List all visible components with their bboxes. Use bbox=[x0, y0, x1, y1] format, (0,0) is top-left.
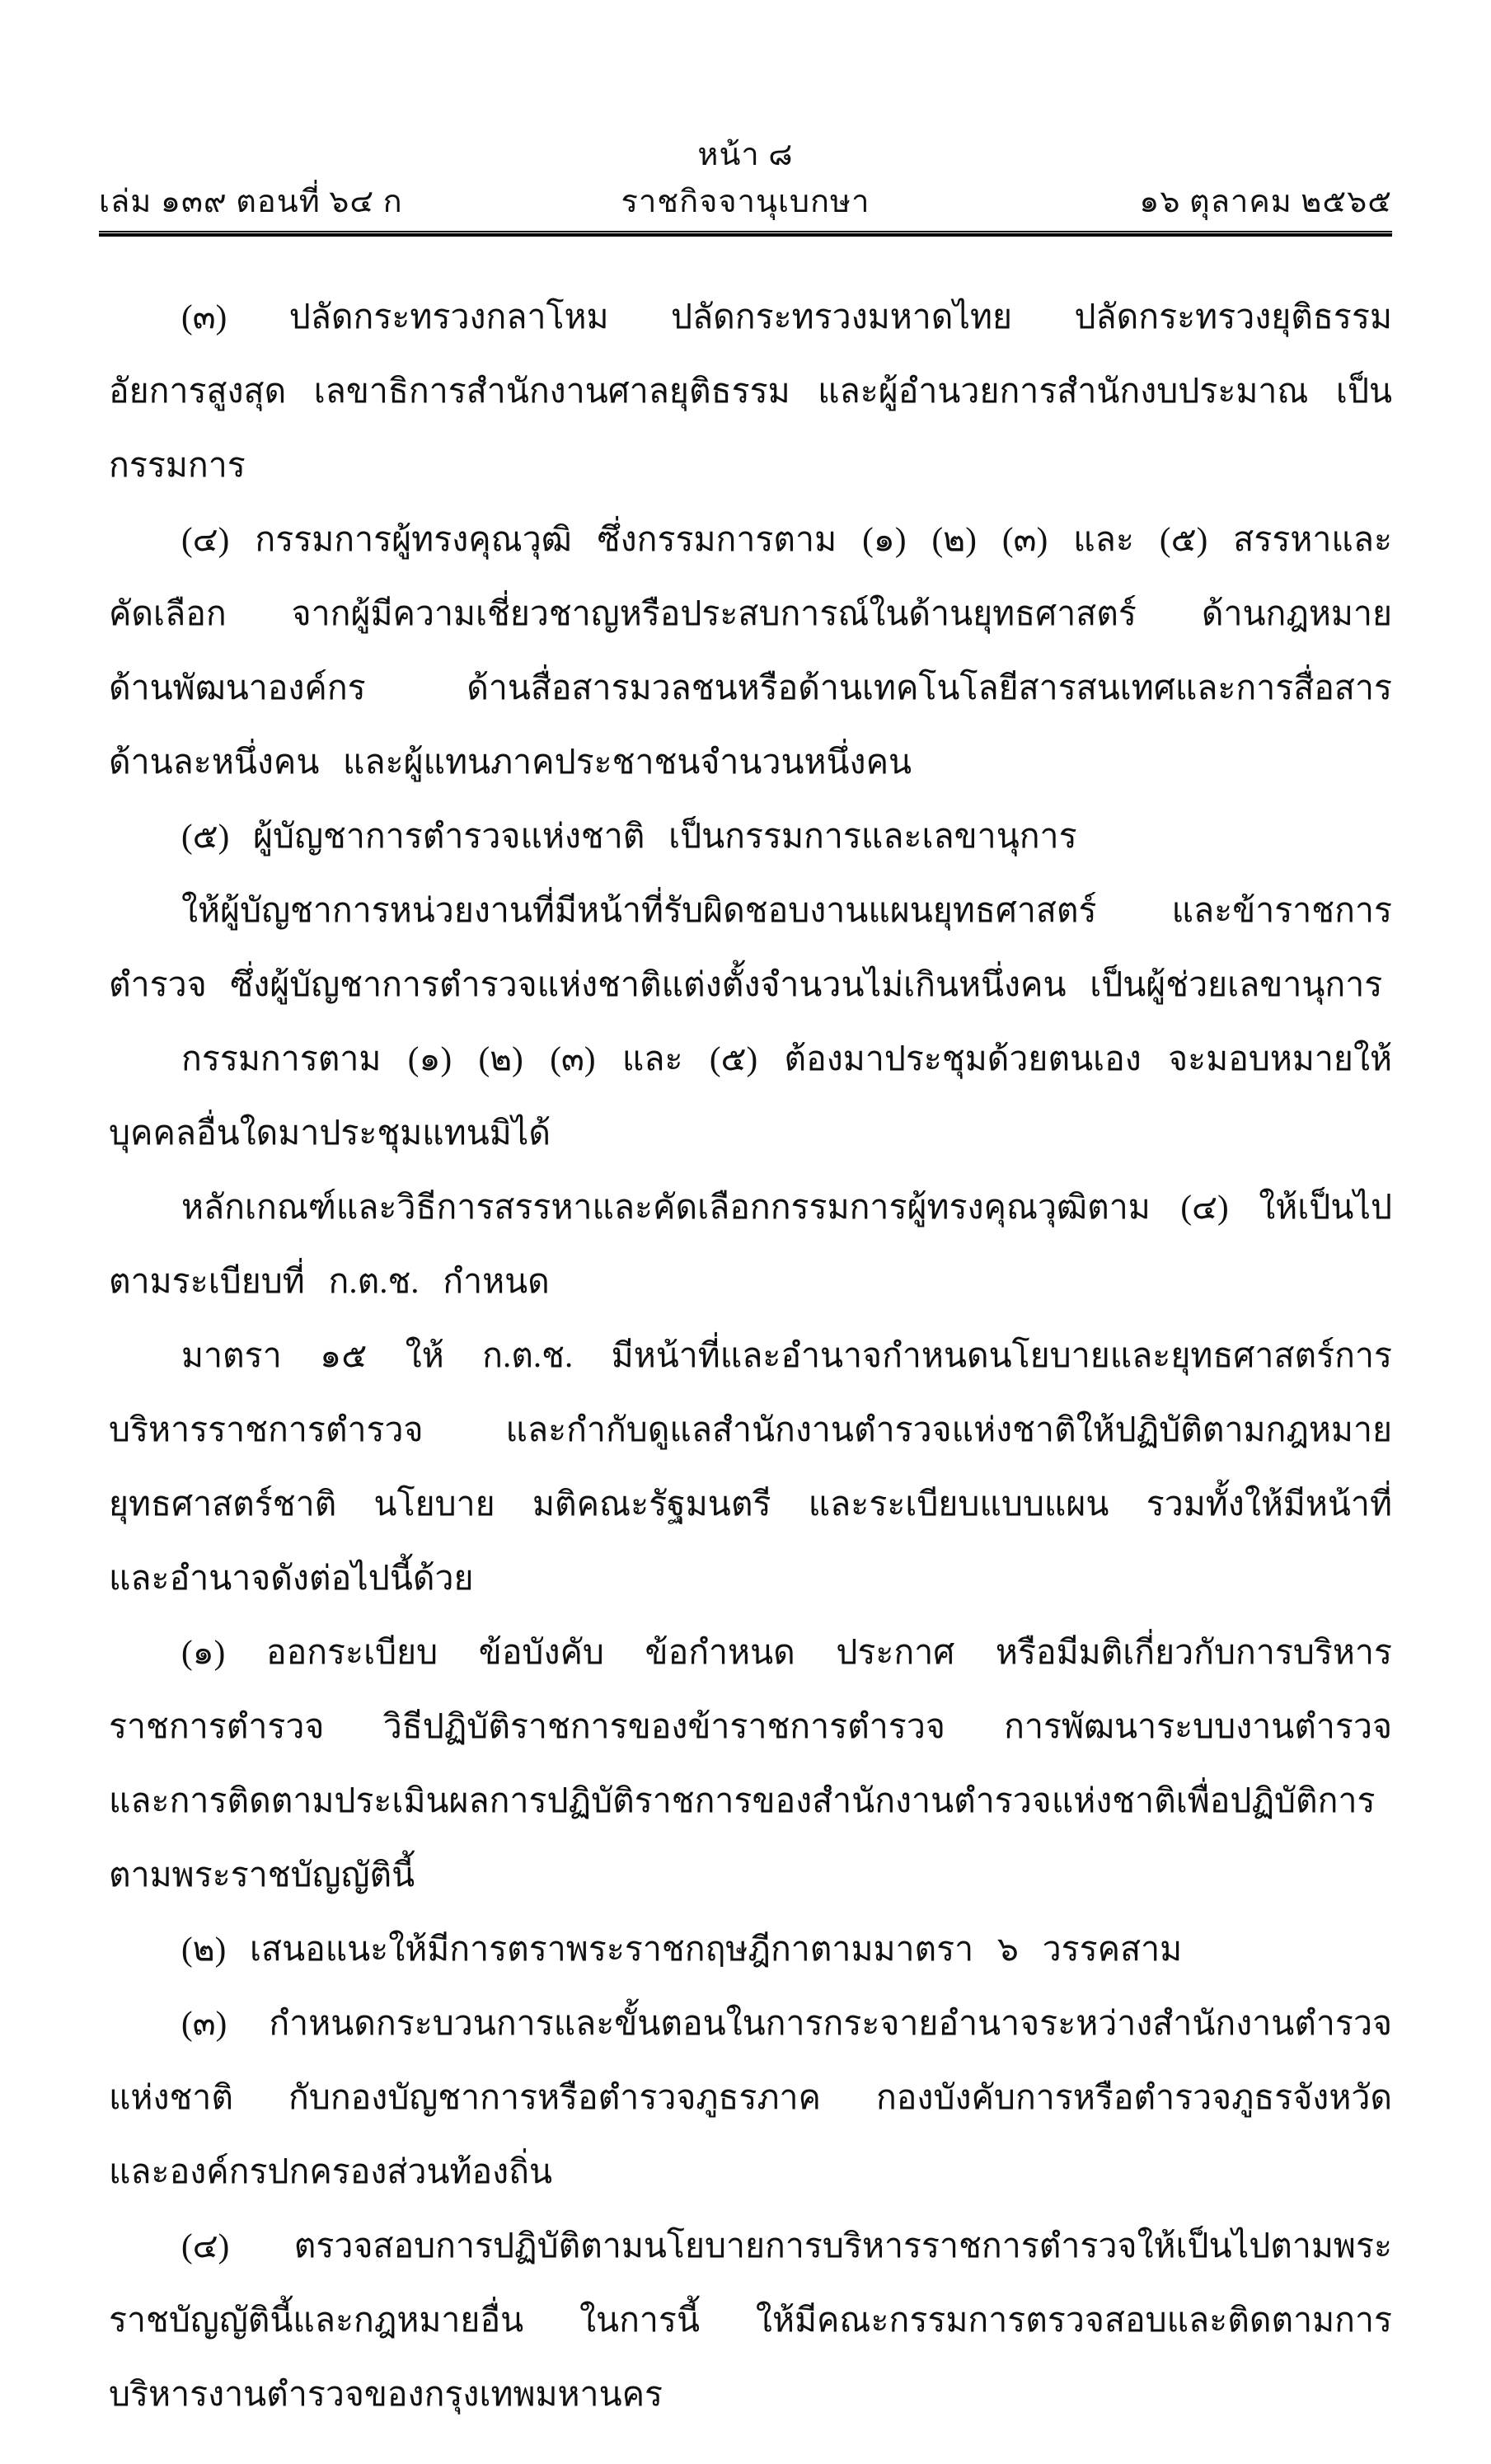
paragraph-section-15: มาตรา ๑๕ ให้ ก.ต.ช. มีหน้าที่และอำนาจกำห… bbox=[109, 1318, 1392, 1615]
paragraph-attendance: กรรมการตาม (๑) (๒) (๓) และ (๕) ต้องมาประ… bbox=[109, 1021, 1392, 1170]
gazette-title: ราชกิจจานุเบกษา bbox=[621, 178, 870, 226]
paragraph-power-1: (๑) ออกระเบียบ ข้อบังคับ ข้อกำหนด ประกาศ… bbox=[109, 1615, 1392, 1912]
paragraph-item-5: (๕) ผู้บัญชาการตำรวจแห่งชาติ เป็นกรรมการ… bbox=[109, 799, 1392, 873]
masthead: เล่ม ๑๓๙ ตอนที่ ๖๔ ก ราชกิจจานุเบกษา ๑๖ … bbox=[99, 178, 1392, 226]
paragraph-item-4: (๔) กรรมการผู้ทรงคุณวุฒิ ซึ่งกรรมการตาม … bbox=[109, 502, 1392, 799]
paragraph-item-3: (๓) ปลัดกระทรวงกลาโหม ปลัดกระทรวงมหาดไทย… bbox=[109, 279, 1392, 502]
paragraph-power-2: (๒) เสนอแนะให้มีการตราพระราชกฤษฎีกาตามมา… bbox=[109, 1912, 1392, 1986]
paragraph-power-4: (๔) ตรวจสอบการปฏิบัติตามนโยบายการบริหารร… bbox=[109, 2208, 1392, 2431]
running-header: หน้า ๘ เล่ม ๑๓๙ ตอนที่ ๖๔ ก ราชกิจจานุเบ… bbox=[99, 132, 1392, 237]
paragraph-selection-rule: หลักเกณฑ์และวิธีการสรรหาและคัดเลือกกรรมก… bbox=[109, 1170, 1392, 1318]
volume-issue: เล่ม ๑๓๙ ตอนที่ ๖๔ ก bbox=[99, 178, 621, 226]
page-number: หน้า ๘ bbox=[99, 132, 1392, 178]
publication-date: ๑๖ ตุลาคม ๒๕๖๕ bbox=[870, 178, 1392, 226]
gazette-page: หน้า ๘ เล่ม ๑๓๙ ตอนที่ ๖๔ ก ราชกิจจานุเบ… bbox=[0, 0, 1491, 2464]
paragraph-secretary: ให้ผู้บัญชาการหน่วยงานที่มีหน้าที่รับผิด… bbox=[109, 873, 1392, 1021]
header-rule bbox=[99, 231, 1392, 237]
paragraph-power-3: (๓) กำหนดกระบวนการและขั้นตอนในการกระจายอ… bbox=[109, 1986, 1392, 2208]
document-body: (๓) ปลัดกระทรวงกลาโหม ปลัดกระทรวงมหาดไทย… bbox=[109, 279, 1392, 2431]
